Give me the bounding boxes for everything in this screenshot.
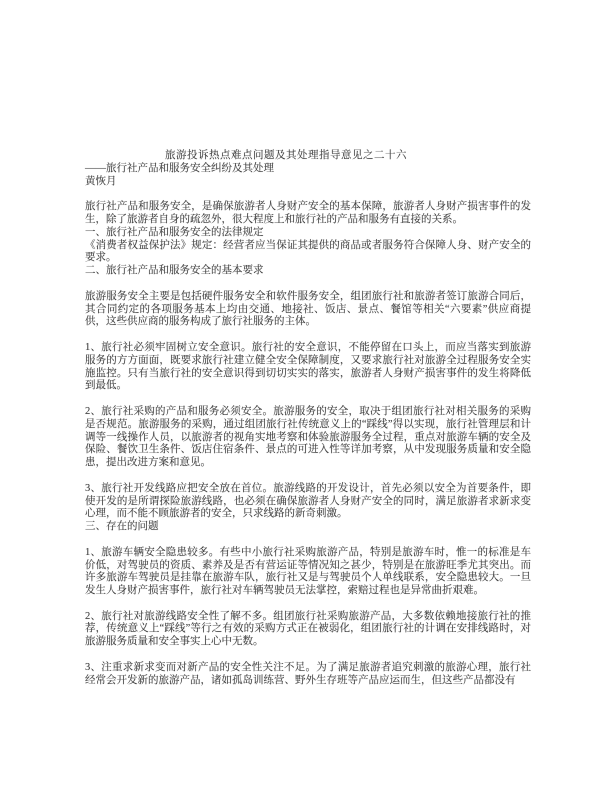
paragraph-intro: 旅行社产品和服务安全，是确保旅游者人身财产安全的基本保障，旅游者人身财产损害事件… xyxy=(85,201,531,227)
section-heading-2: 二、旅行社产品和服务安全的基本要求 xyxy=(85,265,531,278)
document-title: 旅游投诉热点难点问题及其处理指导意见之二十六 xyxy=(85,150,531,163)
section-heading-1: 一、旅行社产品和服务安全的法律规定 xyxy=(85,227,531,240)
paragraph-requirement-3: 3、旅行社开发线路应把安全放在首位。旅游线路的开发设计，首先必须以安全为首要条件… xyxy=(85,483,531,521)
paragraph-problem-3: 3、注重求新求变而对新产品的安全性关注不足。为了满足旅游者追究刺激的旅游心理，旅… xyxy=(85,662,531,688)
paragraph-problem-2: 2、旅行社对旅游线路安全性了解不多。组团旅行社采购旅游产品，大多数依赖地接旅行社… xyxy=(85,611,531,649)
paragraph-requirement-2: 2、旅行社采购的产品和服务必须安全。旅游服务的安全，取决于组团旅行社对相关服务的… xyxy=(85,406,531,470)
paragraph-requirement-1: 1、旅行社必须牢固树立安全意识。旅行社的安全意识，不能停留在口头上，而应当落实到… xyxy=(85,342,531,393)
section-heading-3: 三、存在的问题 xyxy=(85,521,531,534)
paragraph-service-safety: 旅游服务安全主要是包括硬件服务安全和软件服务安全，组团旅行社和旅游者签订旅游合同… xyxy=(85,291,531,329)
paragraph-law: 《消费者权益保护法》规定：经营者应当保证其提供的商品或者服务符合保障人身、财产安… xyxy=(85,240,531,266)
paragraph-problem-1: 1、旅游车辆安全隐患较多。有些中小旅行社采购旅游产品，特别是旅游车时，惟一的标准… xyxy=(85,547,531,598)
document-author: 黄恢月 xyxy=(85,176,531,189)
document-subtitle: ——旅行社产品和服务安全纠纷及其处理 xyxy=(85,163,531,176)
document-page: 旅游投诉热点难点问题及其处理指导意见之二十六 ——旅行社产品和服务安全纠纷及其处… xyxy=(0,0,612,792)
document-content: 旅游投诉热点难点问题及其处理指导意见之二十六 ——旅行社产品和服务安全纠纷及其处… xyxy=(85,150,531,687)
